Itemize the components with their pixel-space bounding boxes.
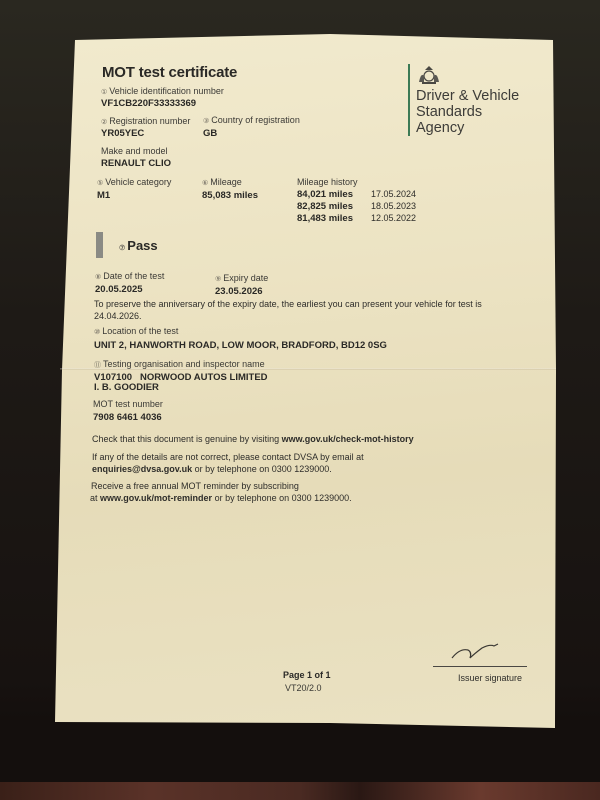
royal-crest-icon (416, 64, 442, 86)
country-value: GB (203, 128, 217, 139)
test-date-label: ⑧Date of the test (95, 271, 164, 281)
reminder-notice-line1: Receive a free annual MOT reminder by su… (91, 481, 299, 491)
issuer-accent-bar (408, 64, 410, 136)
reference-marker-icon: ⑦ (119, 245, 125, 252)
dvsa-email-link[interactable]: enquiries@dvsa.gov.uk (92, 464, 192, 474)
issuer-signature-scribble (448, 636, 508, 664)
anniversary-note: To preserve the anniversary of the expir… (94, 299, 482, 309)
mileage-history-miles: 82,825 miles (297, 201, 353, 212)
contact-notice-line1: If any of the details are not correct, p… (92, 452, 364, 462)
reference-marker-icon: ⑩ (94, 329, 100, 336)
page-indicator: Page 1 of 1 (283, 670, 331, 680)
expiry-date-label: ⑨Expiry date (215, 273, 268, 283)
reference-marker-icon: ⑪ (94, 362, 101, 369)
make-model-label: Make and model (101, 146, 168, 156)
signature-label: Issuer signature (458, 673, 522, 683)
result-status-bar (96, 232, 103, 258)
signature-line (433, 666, 527, 667)
expiry-date-value: 23.05.2026 (215, 286, 263, 297)
document-title: MOT test certificate (102, 64, 237, 81)
category-value: M1 (97, 190, 110, 201)
mileage-history-date: 18.05.2023 (371, 201, 416, 211)
reference-marker-icon: ⑤ (97, 180, 103, 187)
form-code: VT20/2.0 (285, 683, 322, 693)
test-number-label: MOT test number (93, 399, 163, 409)
issuer-name-line: Driver & Vehicle (416, 88, 519, 104)
country-label: ③Country of registration (203, 115, 300, 125)
mileage-history-date: 17.05.2024 (371, 189, 416, 199)
category-label: ⑤Vehicle category (97, 177, 171, 187)
reference-marker-icon: ⑧ (95, 274, 101, 281)
registration-label: ②Registration number (101, 116, 190, 126)
issuer-name: Driver & Vehicle Standards Agency (416, 88, 519, 136)
vin-label: ①Vehicle identification number (101, 86, 224, 96)
reminder-notice-line2: at www.gov.uk/mot-reminder or by telepho… (90, 493, 352, 503)
location-value: UNIT 2, HANWORTH ROAD, LOW MOOR, BRADFOR… (94, 340, 387, 351)
issuer-name-line: Standards (416, 104, 519, 120)
contact-notice-line2: enquiries@dvsa.gov.uk or by telephone on… (92, 464, 332, 474)
location-label: ⑩Location of the test (94, 326, 178, 336)
reference-marker-icon: ③ (203, 118, 209, 125)
make-model-value: RENAULT CLIO (101, 158, 171, 169)
vin-value: VF1CB220F33333369 (101, 98, 196, 109)
test-date-value: 20.05.2025 (95, 284, 143, 295)
reference-marker-icon: ② (101, 119, 107, 126)
mileage-history-label: Mileage history (297, 177, 358, 187)
mileage-history-miles: 81,483 miles (297, 213, 353, 224)
mot-reminder-link[interactable]: www.gov.uk/mot-reminder (100, 493, 212, 503)
mileage-history-miles: 84,021 miles (297, 189, 353, 200)
inspector-name: I. B. GOODIER (94, 382, 159, 393)
issuer-name-line: Agency (416, 120, 519, 136)
test-number-value: 7908 6461 4036 (93, 412, 162, 423)
mileage-history-date: 12.05.2022 (371, 213, 416, 223)
genuine-check-notice: Check that this document is genuine by v… (92, 434, 414, 444)
reference-marker-icon: ⑨ (215, 276, 221, 283)
earliest-test-date: 24.04.2026. (94, 311, 142, 321)
organisation-name: NORWOOD AUTOS LIMITED (140, 372, 268, 383)
reference-marker-icon: ① (101, 89, 107, 96)
result-status: ⑦Pass (119, 238, 158, 253)
testing-organisation-label: ⑪Testing organisation and inspector name (94, 359, 265, 370)
reference-marker-icon: ⑥ (202, 180, 208, 187)
mileage-label: ⑥Mileage (202, 177, 242, 187)
check-mot-history-link[interactable]: www.gov.uk/check-mot-history (282, 434, 414, 444)
registration-value: YR05YEC (101, 128, 144, 139)
mileage-value: 85,083 miles (202, 190, 258, 201)
certificate-content: MOT test certificate Driver & Vehicle St… (0, 0, 600, 800)
